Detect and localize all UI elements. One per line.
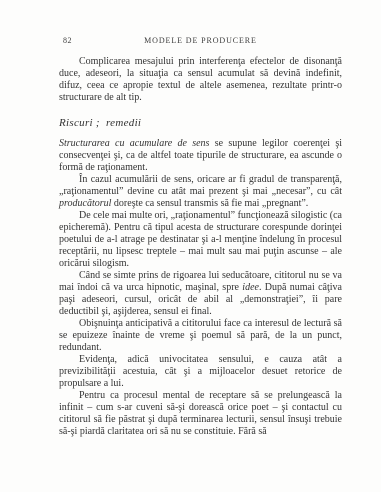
paragraph: Structurarea cu acumulare de sens se sup… [59,138,342,174]
paragraph: Pentru ca procesul mental de receptare s… [59,390,342,438]
paragraph: Când se simte prins de rigoarea lui sedu… [59,270,342,318]
emphasized-text: idee [242,282,259,293]
paragraph: De cele mai multe ori, „raţionamentul” f… [59,210,342,270]
page-number: 82 [63,36,72,45]
emphasized-text: Riscuri ; remedii [59,117,141,129]
emphasized-text: Structurarea cu acumulare de sens [59,138,209,149]
paragraph: Evidenţa, adică univocitatea sensului, e… [59,354,342,390]
paragraph: Complicarea mesajului prin interferenţa … [59,56,342,104]
paragraph: În cazul acumulării de sens, oricare ar … [59,174,342,210]
emphasized-text: producătorul [59,198,111,209]
text-run: De cele mai multe ori, „raţionamentul” f… [59,210,342,269]
text-run: Obişnuinţa anticipativă a cititorului fa… [59,318,342,353]
paragraph: Obişnuinţa anticipativă a cititorului fa… [59,318,342,354]
page-content: Complicarea mesajului prin interferenţa … [59,56,342,438]
text-run: În cazul acumulării de sens, oricare ar … [59,174,342,197]
page-header: 82 MODELE DE PRODUCERE [59,36,342,48]
running-title: MODELE DE PRODUCERE [59,36,342,45]
text-run: Complicarea mesajului prin interferenţa … [59,56,342,103]
text-run: Pentru ca procesul mental de receptare s… [59,390,342,437]
text-run: doreşte ca sensul transmis să fie mai „p… [111,198,308,209]
section-heading: Riscuri ; remedii [59,117,342,129]
book-page: 82 MODELE DE PRODUCERE Complicarea mesaj… [0,0,381,492]
text-run: Evidenţa, adică univocitatea sensului, e… [59,354,342,389]
